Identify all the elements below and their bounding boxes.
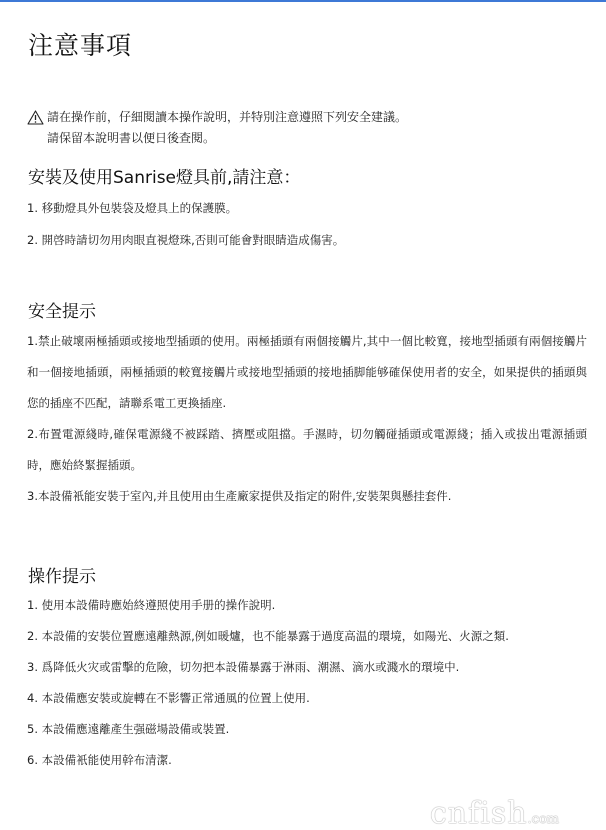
list-item: 5. 本設備應遠離產生强磁場設備或裝置.: [27, 721, 587, 737]
list-item: 1. 使用本設備時應始終遵照使用手册的操作說明.: [27, 597, 587, 613]
watermark-main: cnfish: [430, 796, 528, 830]
list-item: 2. 本設備的安裝位置應遠離熱源,例如暖爐，也不能暴露于過度高温的環境，如陽光、…: [27, 628, 587, 644]
section-title-operation: 操作提示: [28, 562, 96, 587]
notice-text-1: 請在操作前，仔細閱讀本操作說明，并特別注意遵照下列安全建議。: [47, 107, 407, 128]
list-item: 3. 爲降低火灾或雷擊的危險，切勿把本設備暴露于淋雨、潮濕、滴水或濺水的環境中.: [27, 659, 587, 675]
list-item: 6. 本設備衹能使用幹布清潔.: [27, 752, 587, 768]
section-title-safety: 安全提示: [28, 297, 96, 322]
notice-text-2: 請保留本說明書以便日後查閱。: [47, 128, 215, 149]
list-item: 1. 移動燈具外包裝袋及燈具上的保護膜。: [27, 200, 587, 216]
notice-line-1: 請在操作前，仔細閱讀本操作說明，并特別注意遵照下列安全建議。: [27, 107, 407, 128]
install-list: 1. 移動燈具外包裝袋及燈具上的保護膜。 2. 開啓時請切勿用肉眼直視燈珠,否則…: [27, 200, 587, 248]
watermark-suffix: .com: [528, 812, 560, 827]
notice-block: 請在操作前，仔細閱讀本操作說明，并特別注意遵照下列安全建議。 請保留本說明書以便…: [27, 107, 407, 149]
top-accent-bar: [0, 0, 606, 2]
operation-list: 1. 使用本設備時應始終遵照使用手册的操作說明. 2. 本設備的安裝位置應遠離熱…: [27, 597, 587, 768]
section-title-install: 安裝及使用Sanrise燈具前,請注意：: [28, 163, 300, 188]
list-item: 3.本設備衹能安裝于室內,并且使用由生產廠家提供及指定的附件,安裝架與懸挂套件.: [27, 481, 587, 512]
watermark-logo: cnfish.com: [430, 796, 559, 830]
list-item: 2.布置電源綫時,確保電源綫不被踩踏、擠壓或阻擋。手濕時，切勿觸碰插頭或電源綫；…: [27, 419, 587, 481]
list-item: 4. 本設備應安裝或旋轉在不影響正常通風的位置上使用.: [27, 690, 587, 706]
page-title: 注意事項: [28, 26, 132, 62]
list-item: 2. 開啓時請切勿用肉眼直視燈珠,否則可能會對眼睛造成傷害。: [27, 232, 587, 248]
list-item: 1.禁止破壞兩極插頭或接地型插頭的使用。兩極插頭有兩個接觸片,其中一個比較寬，接…: [27, 326, 587, 419]
warning-triangle-icon: [27, 110, 44, 125]
safety-list: 1.禁止破壞兩極插頭或接地型插頭的使用。兩極插頭有兩個接觸片,其中一個比較寬，接…: [27, 326, 587, 512]
notice-line-2: 請保留本說明書以便日後查閱。: [27, 128, 407, 149]
